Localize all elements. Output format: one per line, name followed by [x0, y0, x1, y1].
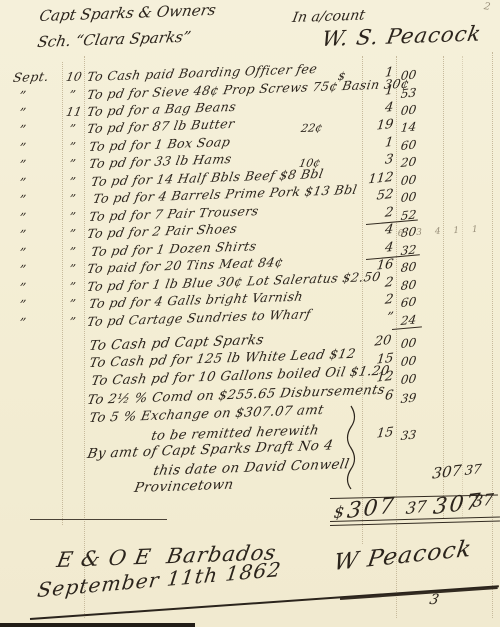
entry-day: ”	[68, 210, 77, 224]
entry-date: ”	[18, 88, 28, 103]
entry-day: ”	[68, 297, 77, 311]
entry-cents: 00	[400, 335, 417, 351]
entry-date: ”	[18, 280, 28, 295]
entry-dollars: 2	[352, 292, 394, 311]
vessel-name: Sch. “Clara Sparks”	[36, 28, 192, 51]
entry-cents: 80	[400, 277, 417, 293]
column-rule	[62, 62, 63, 525]
entry-date: ”	[18, 157, 28, 172]
total-inner-cents: 37	[405, 497, 427, 518]
account-label: In a/count	[291, 7, 366, 26]
entry-cents: 60	[400, 137, 417, 153]
total-currency: $	[333, 502, 345, 522]
entry-date: Sept.	[12, 69, 50, 85]
entry-dollars: 52	[352, 187, 394, 206]
entry-day: ”	[68, 280, 77, 294]
left-closing-rule	[30, 519, 167, 520]
entry-cents: 80	[400, 259, 417, 275]
entry-desc: Provincetown	[133, 477, 235, 496]
signature-underline	[340, 587, 498, 600]
entry-dollars: 1	[352, 83, 394, 102]
entry-date: ”	[18, 122, 28, 137]
debtor-name: Capt Sparks & Owners	[38, 1, 217, 25]
entry-day: ”	[68, 227, 77, 241]
entry-dollars: 4	[352, 222, 394, 241]
account-holder-signature: W. S. Peacock	[320, 21, 484, 51]
entry-cents: 20	[400, 154, 417, 170]
entry-cents: 00	[400, 102, 417, 118]
entry-date: ”	[18, 315, 28, 330]
total-outer-cents: 37	[472, 490, 494, 511]
signature-paraph: 3	[428, 592, 440, 608]
entry-day: 11	[65, 104, 83, 119]
entry-date: ”	[18, 105, 28, 120]
entry-cents: 60	[400, 294, 417, 310]
entry-dollars: 3	[352, 152, 394, 171]
entry-date: ”	[18, 210, 28, 225]
entry-day: ”	[68, 88, 77, 102]
brace-squiggle	[342, 404, 360, 498]
entry-dollars: 112	[352, 170, 394, 189]
ledger-page: Capt Sparks & Owners Sch. “Clara Sparks”…	[0, 0, 500, 627]
entry-desc: To pd for 33 lb Hams	[88, 151, 233, 171]
entry-day: ”	[68, 122, 77, 136]
entry-day: ”	[68, 245, 77, 259]
column-rule	[492, 52, 493, 618]
entry-cents: 39	[400, 390, 417, 406]
entry-cents: 24	[400, 312, 417, 328]
eoe-text: E & O E	[55, 545, 154, 572]
draft-amount-dollars: 307	[420, 461, 462, 484]
entry-cents: 00	[400, 371, 417, 387]
scan-edge-artifact	[0, 623, 195, 627]
footer-signature: W Peacock	[332, 536, 474, 576]
entry-cents: 00	[400, 172, 417, 188]
entry-dollars: 1	[352, 135, 394, 154]
entry-day: ”	[68, 157, 77, 171]
entry-cents: 00	[400, 353, 417, 369]
entry-dollars: 2	[352, 275, 394, 294]
entry-desc: To pd for 2 Pair Shoes	[86, 221, 239, 241]
entry-date: ”	[18, 192, 28, 207]
entry-day: ”	[68, 262, 77, 276]
entry-date: ”	[18, 262, 28, 277]
corner-pencil-mark: 2	[483, 1, 491, 13]
column-rule	[84, 56, 85, 618]
entry-day: ”	[68, 192, 77, 206]
entry-dollars: 4	[352, 100, 394, 119]
entry-day: ”	[68, 175, 77, 189]
entry-day: ”	[68, 140, 77, 154]
entry-day: ”	[68, 315, 77, 329]
entry-desc: this date on David Conwell	[152, 456, 351, 479]
entry-cents: 53	[400, 85, 417, 101]
entry-date: ”	[18, 227, 28, 242]
draft-amount-cents: 37	[464, 462, 482, 479]
entry-date: ”	[18, 245, 28, 260]
entry-date: ”	[18, 175, 28, 190]
entry-desc: To pd for 87 lb Butter	[86, 116, 236, 136]
entry-dollars: ”	[352, 310, 394, 329]
entry-cents: 00	[400, 189, 417, 205]
column-rule	[462, 56, 463, 518]
entry-unit: 22¢	[300, 121, 323, 135]
entry-day: 10	[65, 69, 83, 84]
entry-date: ”	[18, 297, 28, 312]
column-rule	[396, 56, 397, 618]
entry-cents: 14	[400, 119, 417, 135]
entry-date: ”	[18, 140, 28, 155]
entry-dollars: 19	[352, 117, 394, 136]
entry-cents: 33	[400, 427, 417, 443]
column-rule	[443, 56, 444, 518]
